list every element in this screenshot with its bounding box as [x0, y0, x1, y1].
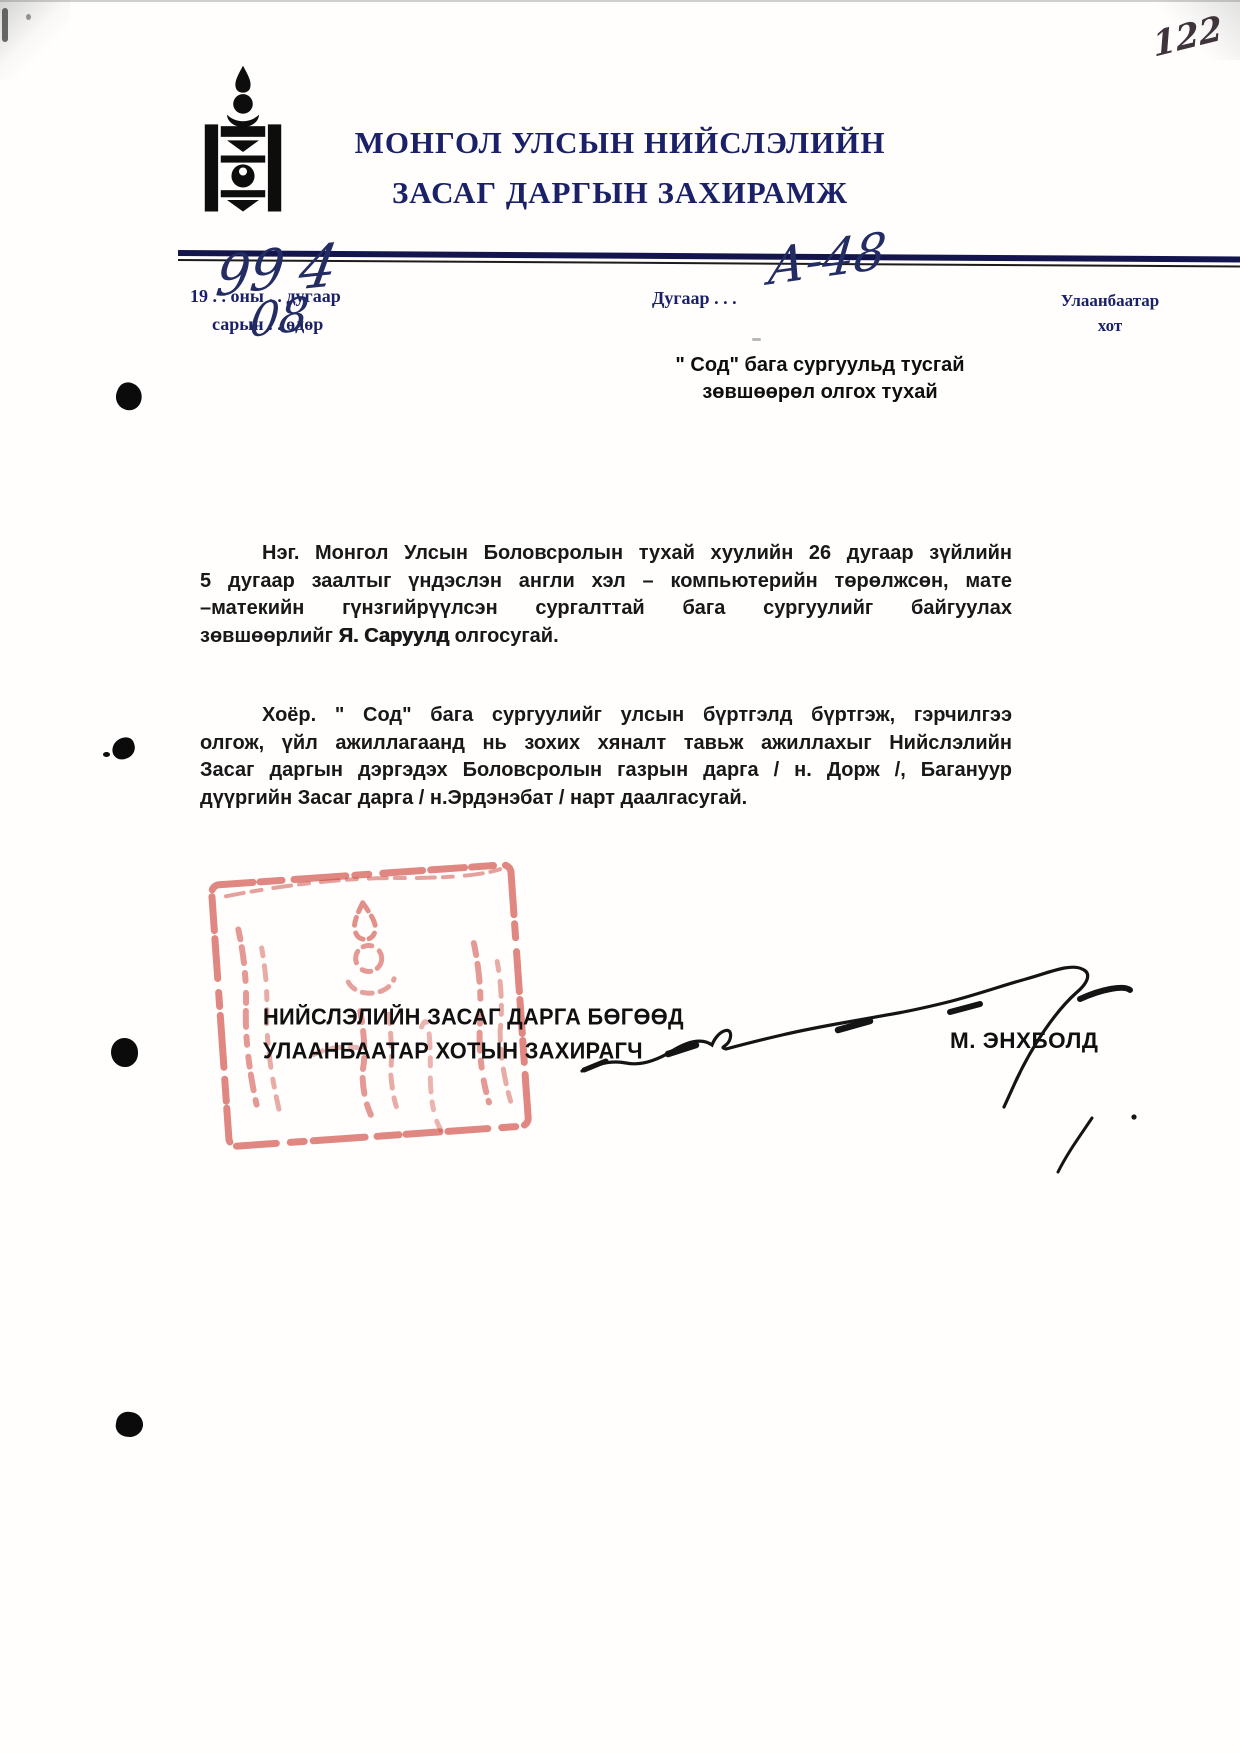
document-page: 122 МОНГОЛ УЛСЫН НИЙСЛЭЛИЙН ЗАСАГ ДАРГЫН…: [0, 0, 1240, 1753]
hole-punch-mark: [111, 1038, 138, 1067]
body-paragraph-2: Хоёр. " Сод" бага сургуулийг улсын бүртг…: [200, 702, 1012, 812]
document-number-handwritten: А-48: [766, 225, 889, 293]
para1-line1: Нэг. Монгол Улсын Боловсролын тухай хуул…: [200, 540, 1012, 568]
governor-signature: [555, 955, 1205, 1195]
scan-speck: [26, 14, 31, 20]
soyombo-emblem-icon: [203, 62, 283, 217]
document-number-label: Дугаар . . .: [652, 288, 737, 309]
para2-line3: Засаг даргын дэргэдэх Боловсролын газрын…: [200, 757, 1012, 785]
recipient-name: Я. Саруулд: [338, 625, 449, 647]
city-line2: хот: [1028, 313, 1192, 338]
para1-line4-pre: зөвшөөрлийг: [200, 625, 338, 647]
subject-block: " Сод" бага сургуульд тусгай зөвшөөрөл о…: [620, 352, 1020, 406]
para2-line4: дүүргийн Засаг дарга / н.Эрдэнэбат / нар…: [200, 785, 1012, 813]
para1-line4-post: олгосугай.: [449, 625, 559, 647]
subject-line2: зөвшөөрөл олгох тухай: [620, 379, 1020, 406]
scan-edge-mark: [2, 8, 8, 42]
org-title: МОНГОЛ УЛСЫН НИЙСЛЭЛИЙН: [320, 118, 920, 168]
document-header: МОНГОЛ УЛСЫН НИЙСЛЭЛИЙН ЗАСАГ ДАРГЫН ЗАХ…: [320, 118, 920, 218]
city-line1: Улаанбаатар: [1028, 288, 1192, 313]
para2-line1: Хоёр. " Сод" бага сургуулийг улсын бүртг…: [200, 702, 1012, 730]
para2-line2: олгож, үйл ажиллагаанд нь зохих хяналт т…: [200, 730, 1012, 758]
hole-punch-mark: [114, 1410, 145, 1439]
body-paragraph-1: Нэг. Монгол Улсын Боловсролын тухай хуул…: [200, 540, 1012, 650]
para1-line4: зөвшөөрлийг Я. Саруулд олгосугай.: [200, 623, 1012, 651]
date-day-handwritten: 08: [247, 290, 311, 344]
scan-top-edge: [0, 0, 1240, 2]
city-block: Улаанбаатар хот: [1028, 288, 1192, 338]
subject-line1: " Сод" бага сургуульд тусгай: [620, 352, 1020, 379]
scan-speck: [752, 338, 761, 341]
scan-corner-shadow-left: [0, 0, 70, 80]
para1-line3: –матекийн гүнзгийрүүлсэн сургалттай бага…: [200, 595, 1012, 623]
hole-punch-mark: [112, 379, 146, 414]
para1-line2: 5 дугаар заалтыг үндэслэн англи хэл – ко…: [200, 568, 1012, 596]
hole-punch-mark: [103, 752, 110, 757]
hole-punch-mark: [110, 735, 138, 761]
doc-type-title: ЗАСАГ ДАРГЫН ЗАХИРАМЖ: [320, 168, 920, 218]
